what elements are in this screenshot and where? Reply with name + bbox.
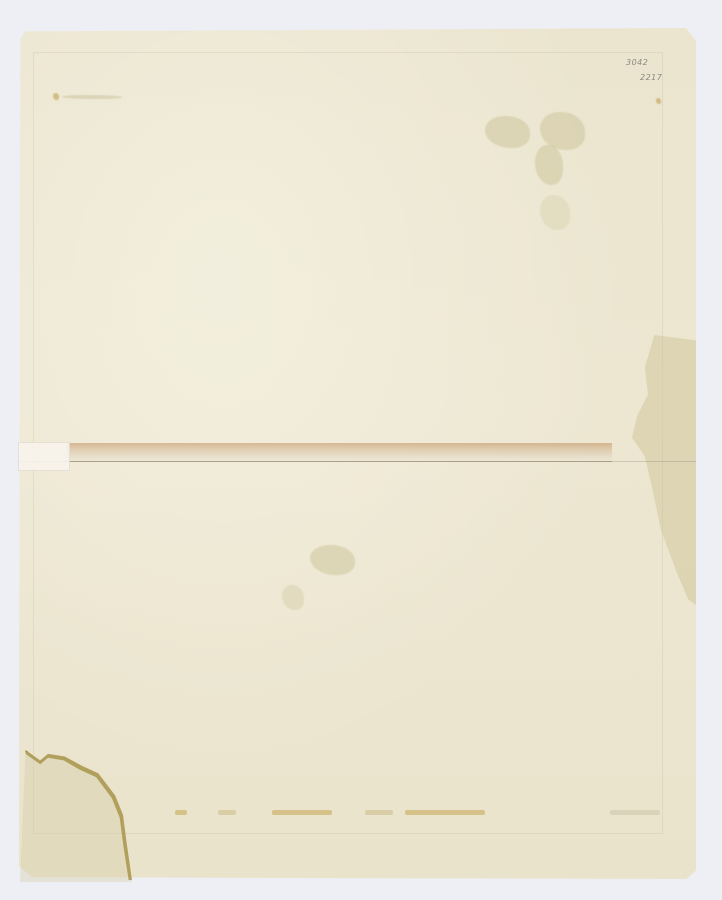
- offset-strip: [175, 810, 187, 815]
- offset-strip: [610, 810, 660, 815]
- offset-strip: [365, 810, 393, 815]
- offset-strip: [405, 810, 485, 815]
- fold-crease-stain: [67, 443, 612, 462]
- tape-repair: [18, 442, 70, 471]
- fold-line: [19, 461, 696, 462]
- offset-strip: [218, 810, 236, 815]
- pencil-inscription-1: 3042: [626, 58, 648, 67]
- pencil-inscription-2: 2217: [640, 73, 662, 82]
- offset-mark: [53, 93, 59, 100]
- offset-strip: [272, 810, 332, 815]
- water-stain: [282, 585, 304, 610]
- offset-mark: [656, 98, 661, 104]
